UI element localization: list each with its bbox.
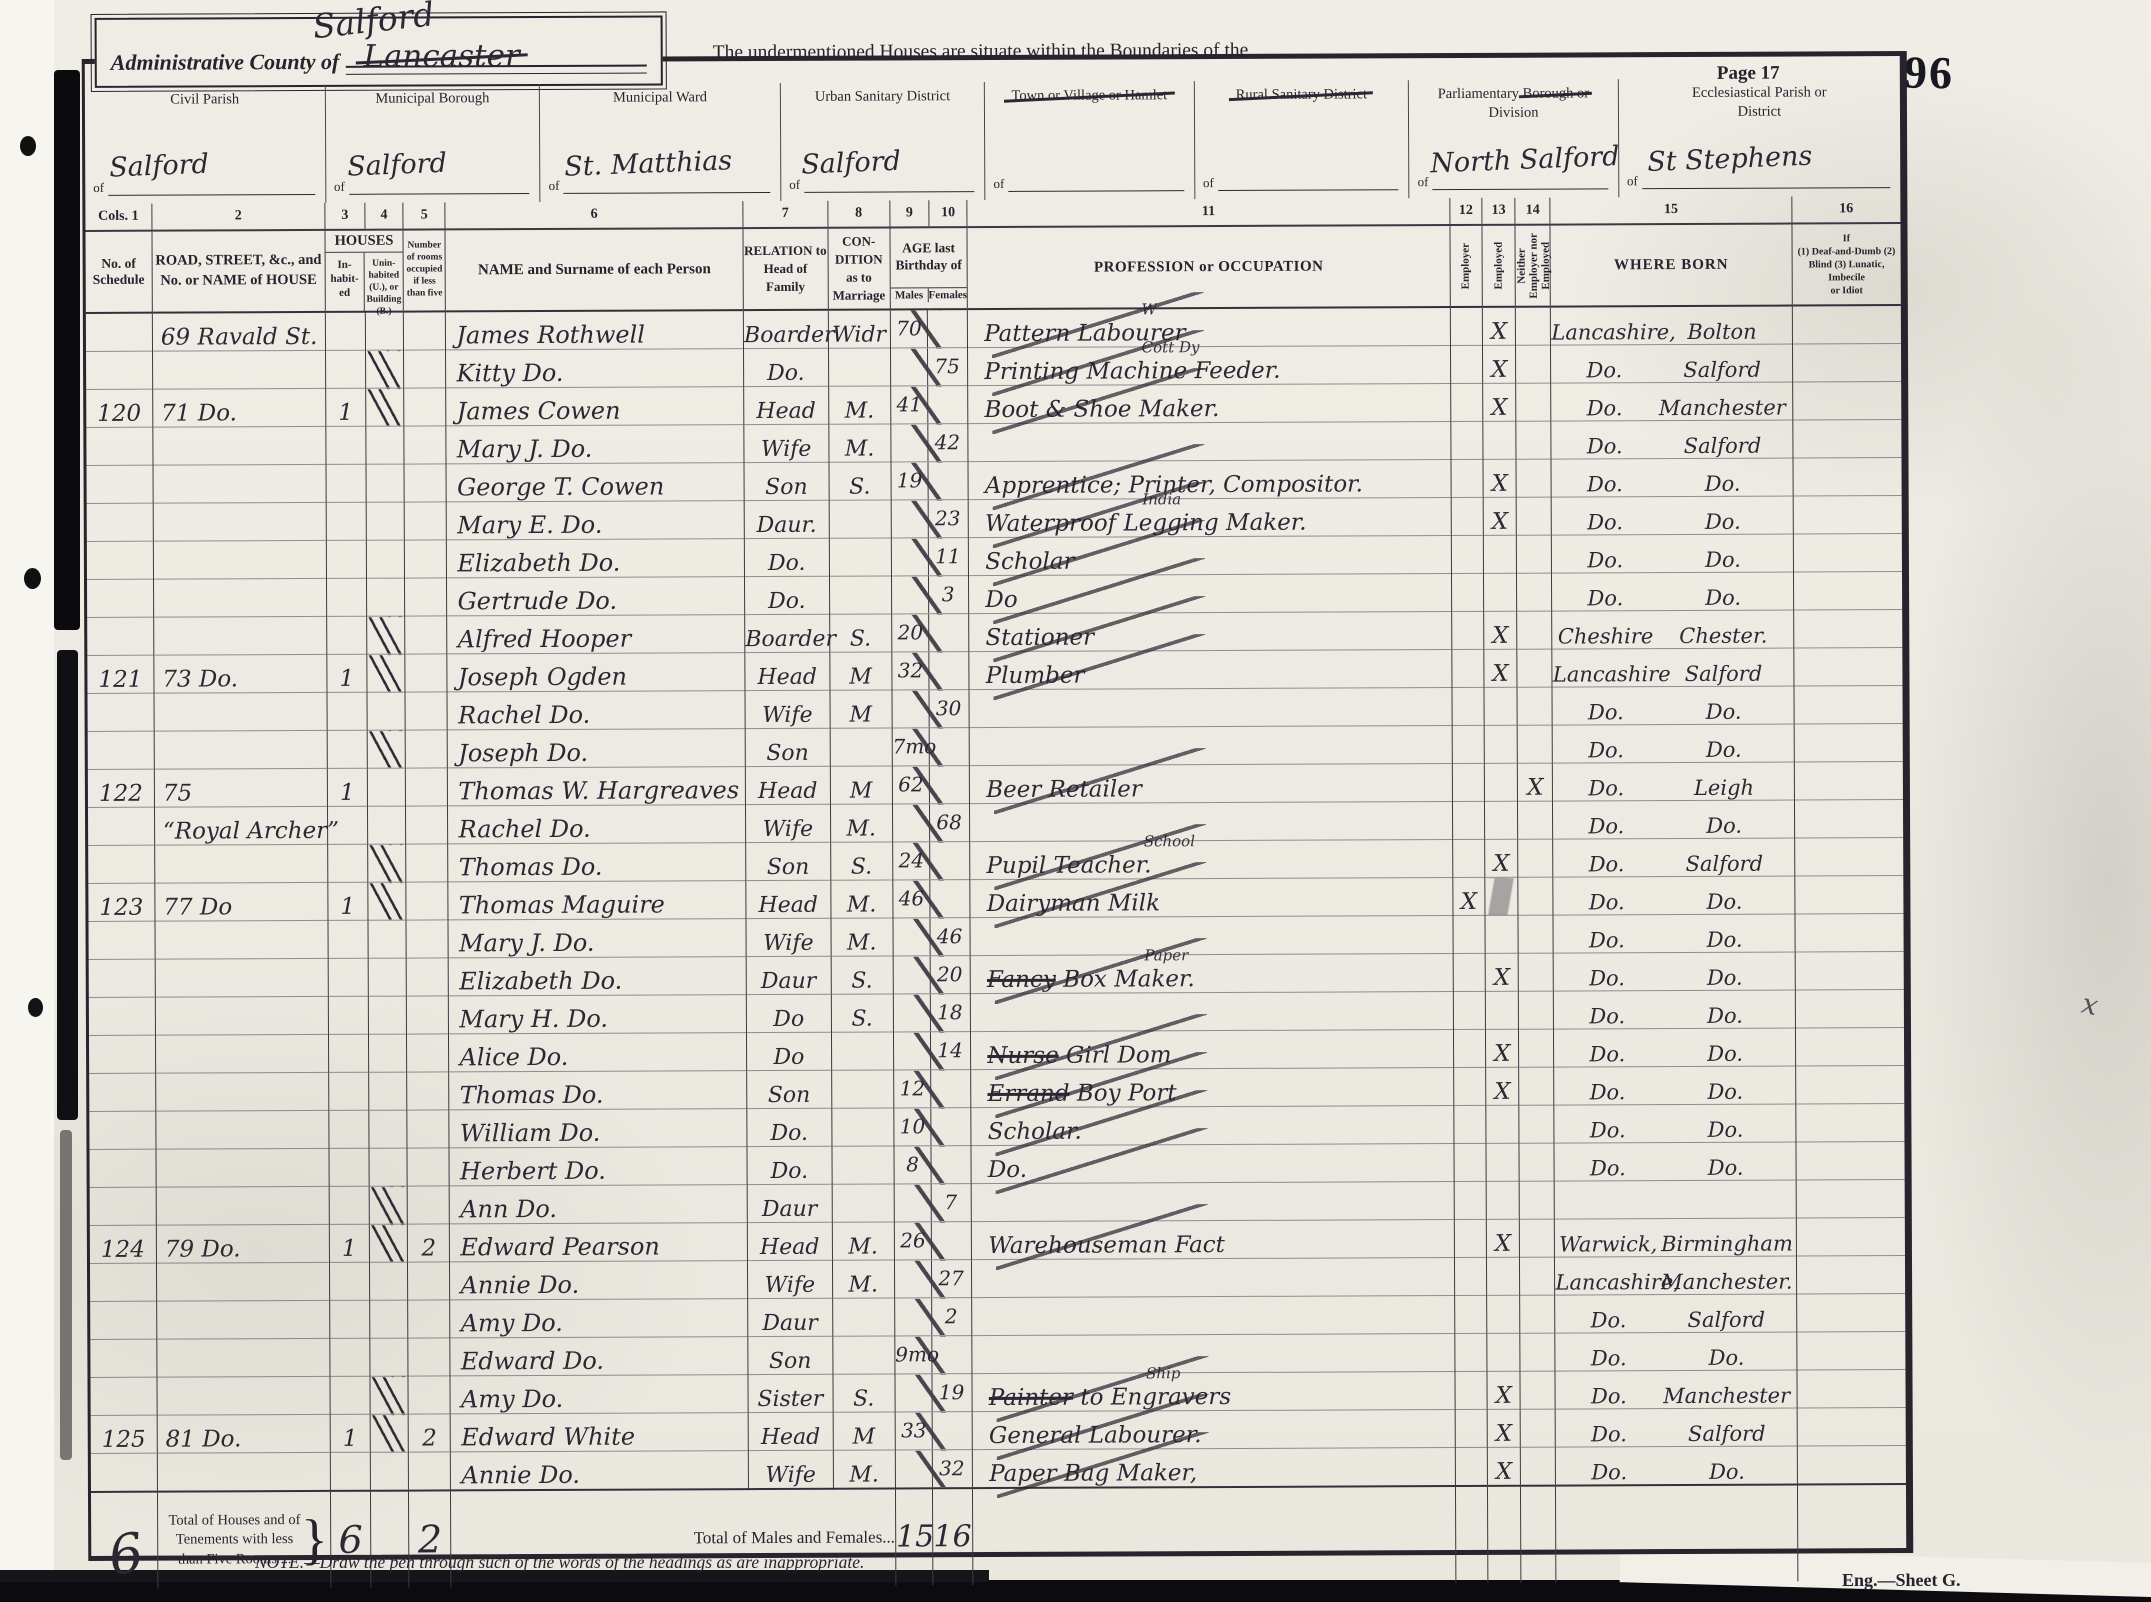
employer-cell (1453, 915, 1485, 953)
uninhabited-cell (365, 312, 403, 351)
occupation-cell: Plumber (969, 650, 1452, 690)
infirmity-cell (1794, 800, 1903, 838)
born-cell: Warwick,Birmingham (1555, 1218, 1796, 1257)
employed-cell (1487, 1333, 1520, 1371)
employed-cell: X (1483, 459, 1516, 497)
infirmity-cell (1793, 458, 1902, 496)
header-road: ROAD, STREET, &c., and No. or NAME of HO… (152, 230, 325, 313)
born-cell: Do.Salford (1551, 420, 1792, 459)
district-label: Civil Parish (93, 90, 317, 110)
condition-cell: S. (830, 842, 892, 880)
age-cell: 32 (895, 1450, 973, 1489)
infirmity-cell (1794, 838, 1903, 876)
condition-cell: S. (829, 462, 891, 500)
district-label: Ecclesiastical Parish or District (1627, 83, 1892, 122)
inhabited-cell (327, 844, 367, 882)
age-cell: 24 (892, 842, 970, 880)
district-label: Urban Sanitary District (789, 87, 976, 107)
district-value: Salford (347, 148, 448, 183)
condition-cell (832, 1336, 894, 1374)
condition-cell (831, 1032, 893, 1070)
ruled-line (1008, 186, 1184, 192)
inhabited-cell (327, 692, 367, 730)
schedule-cell: 124 (90, 1225, 157, 1263)
scan-speck (28, 998, 43, 1017)
col-number: 8 (827, 200, 889, 227)
district-label: Municipal Borough (334, 89, 532, 109)
employer-cell (1455, 1295, 1487, 1333)
uninhabited-cell (369, 1072, 407, 1110)
infirmity-cell (1796, 1104, 1905, 1142)
born-cell: LancashireSalford (1552, 648, 1793, 687)
age-cell: 75 (890, 348, 968, 386)
neither-cell (1520, 1371, 1555, 1409)
age-cell: 20 (893, 956, 971, 994)
rooms-cell (406, 806, 448, 844)
name-cell: Thomas Do. (448, 843, 746, 882)
born-cell: Do.Do. (1554, 1028, 1795, 1067)
schedule-cell (87, 541, 154, 579)
district-field: Ecclesiastical Parish or District St Ste… (1618, 78, 1901, 197)
neither-cell (1517, 611, 1552, 649)
name-cell: Joseph Ogden (447, 653, 745, 692)
employed-cell: X (1486, 1067, 1519, 1105)
districts: Civil Parish Salford of Municipal Boroug… (85, 78, 1900, 204)
occupation-cell (972, 1296, 1455, 1336)
district-field: Municipal Borough Salford of (325, 84, 540, 203)
header-condition: CON-DITION as to Marriage (827, 227, 890, 309)
condition-cell: M (833, 1412, 895, 1450)
col-number: 13 (1482, 198, 1515, 225)
occupation-cell (968, 422, 1451, 462)
infirmity-cell (1797, 1370, 1906, 1408)
relation-cell: Son (744, 462, 829, 500)
infirmity-cell (1797, 1446, 1906, 1485)
relation-cell: Wife (748, 1450, 833, 1489)
relation-cell: Wife (746, 918, 831, 956)
infirmity-cell (1793, 420, 1902, 458)
relation-cell: Boarder (743, 310, 828, 349)
relation-cell: Head (748, 1412, 833, 1450)
employer-cell (1454, 1143, 1486, 1181)
district-label: Parliamentary Borough orDivision (1417, 84, 1610, 123)
col-number: 14 (1515, 198, 1550, 225)
header-houses-title: HOUSES (325, 231, 403, 253)
born-cell: Do.Do. (1552, 572, 1793, 611)
condition-cell (832, 1184, 894, 1222)
born-cell: Do.Salford (1556, 1408, 1797, 1447)
employer-cell (1452, 725, 1484, 763)
age-cell: 20 (892, 614, 970, 652)
schedule-cell (88, 921, 155, 959)
name-cell: Thomas W. Hargreaves (448, 767, 746, 806)
employed-cell: X (1487, 1371, 1520, 1409)
employed-cell (1484, 763, 1517, 801)
totals-row: 6 Total of Houses and of Tenements with … (91, 1484, 1906, 1589)
condition-cell (831, 1108, 893, 1146)
totals-age-counts: 1516 (895, 1488, 973, 1585)
condition-cell (831, 1146, 893, 1184)
name-cell: Elizabeth Do. (449, 957, 747, 996)
uninhabited-cell (367, 730, 405, 768)
neither-cell (1520, 1257, 1555, 1295)
relation-cell: Head (746, 880, 831, 918)
occupation-cell: Scholar (969, 536, 1452, 576)
employed-cell: X (1485, 839, 1518, 877)
infirmity-cell (1796, 1294, 1905, 1332)
schedule-cell (87, 617, 154, 655)
district-of-line: of (1418, 173, 1609, 190)
relation-cell: Son (748, 1336, 833, 1374)
occupation-cell: PaperFancy Box Maker. (970, 954, 1453, 994)
relation-cell: Do. (745, 576, 830, 614)
relation-cell: Do (746, 994, 831, 1032)
employer-cell (1455, 1371, 1487, 1409)
neither-cell (1516, 345, 1551, 383)
schedule-cell (88, 807, 155, 845)
neither-cell (1516, 421, 1551, 459)
condition-cell: S. (832, 1374, 894, 1412)
relation-cell: Son (745, 728, 830, 766)
uninhabited-cell (369, 1224, 407, 1262)
infirmity-cell (1792, 305, 1901, 344)
rooms-cell (408, 1338, 450, 1376)
employed-cell: X (1483, 345, 1516, 383)
infirmity-cell (1793, 496, 1902, 534)
age-cell: 27 (894, 1260, 972, 1298)
condition-cell: M. (828, 424, 890, 462)
employed-cell (1484, 725, 1517, 763)
neither-cell (1519, 1181, 1554, 1219)
situate-line: The undermentioned Houses are situate wi… (713, 40, 1249, 64)
born-cell: CheshireChester. (1552, 610, 1793, 649)
uninhabited-cell (370, 1300, 408, 1338)
inhabited-cell: 1 (327, 768, 367, 806)
address-cell (155, 920, 328, 959)
inhabited-cell (326, 502, 366, 540)
inhabited-cell (327, 730, 367, 768)
schedule-cell (90, 1339, 157, 1377)
name-cell: Ann Do. (450, 1185, 748, 1224)
employer-cell (1454, 1181, 1486, 1219)
employer-cell (1454, 1067, 1486, 1105)
address-cell (152, 350, 325, 389)
employer-cell (1451, 459, 1483, 497)
age-cell: 46 (893, 918, 971, 956)
column-header-row: No. of Schedule ROAD, STREET, &c., and N… (85, 223, 1900, 313)
district-of-line: of (993, 175, 1184, 192)
occupation-cell: Apprentice; Printer, Compositor. (968, 460, 1451, 500)
condition-cell: M. (832, 1222, 894, 1260)
inhabited-cell: 1 (327, 654, 367, 692)
employed-cell: X (1484, 611, 1517, 649)
neither-cell (1518, 839, 1553, 877)
name-cell: Elizabeth Do. (447, 539, 745, 578)
relation-cell: Do (747, 1032, 832, 1070)
name-cell: Mary E. Do. (447, 501, 745, 540)
address-cell: 71 Do. (153, 388, 326, 427)
age-cell: 30 (892, 690, 970, 728)
condition-cell: M. (832, 1260, 894, 1298)
employed-cell (1484, 573, 1517, 611)
col-number: 15 (1550, 197, 1791, 225)
uninhabited-cell (367, 616, 405, 654)
occupation-cell (969, 726, 1452, 766)
header-name: NAME and Surname of each Person (445, 228, 743, 311)
uninhabited-cell (368, 996, 406, 1034)
totals-houses-label: Total of Houses and of Tenements with le… (157, 1491, 330, 1589)
inhabited-cell (326, 578, 366, 616)
address-cell (155, 1034, 328, 1073)
employed-cell (1485, 991, 1518, 1029)
rooms-cell (404, 502, 446, 540)
employed-cell (1486, 1105, 1519, 1143)
district-of-line: of (93, 179, 315, 196)
infirmity-cell (1792, 344, 1901, 382)
age-cell: 3 (891, 576, 969, 614)
district-field: Civil Parish Salford of (85, 85, 325, 204)
infirmity-cell (1796, 1142, 1905, 1180)
header-uninhabited: Unin-habited (U.), or Building (B.) (365, 253, 403, 311)
rooms-cell (406, 844, 448, 882)
district-label: Rural Sanitary District (1203, 85, 1401, 105)
born-cell: Do.Do. (1553, 724, 1794, 763)
address-cell (155, 844, 328, 883)
ruled-line (349, 189, 530, 195)
born-cell: Do.Salford (1555, 1294, 1796, 1333)
ruled-line (1642, 183, 1890, 189)
relation-cell: Head (745, 652, 830, 690)
ruled-line (108, 190, 315, 196)
employer-cell (1454, 1257, 1486, 1295)
infirmity-cell (1793, 610, 1902, 648)
col-number: Cols. 1 (85, 204, 151, 231)
employed-cell: X (1485, 953, 1518, 991)
col-number: 5 (403, 202, 445, 229)
born-cell: Do.Do. (1555, 1332, 1796, 1371)
rooms-cell (404, 464, 446, 502)
infirmity-cell (1794, 648, 1903, 686)
relation-cell: Do. (744, 348, 829, 386)
age-cell: 26 (894, 1222, 972, 1260)
occupation-cell: ShipPainter to Engravers (972, 1372, 1455, 1412)
employer-cell (1453, 839, 1485, 877)
condition-cell: Widr (828, 309, 890, 348)
employer-cell (1452, 763, 1484, 801)
uninhabited-cell (366, 350, 404, 388)
inhabited-cell: 1 (325, 388, 365, 426)
stray-pen-mark: x (2079, 987, 2101, 1023)
occupation-cell (969, 688, 1452, 728)
occupation-cell: Errand Boy Port (971, 1068, 1454, 1108)
occupation-cell (970, 916, 1453, 956)
name-cell: James Cowen (446, 387, 744, 426)
rooms-cell (405, 730, 447, 768)
inhabited-cell (328, 996, 368, 1034)
born-cell: Do.Salford (1553, 838, 1794, 877)
header-employed: Employed (1482, 225, 1516, 307)
employed-cell (1486, 1143, 1519, 1181)
relation-cell: Son (747, 1070, 832, 1108)
born-cell: Do.Do. (1552, 496, 1793, 535)
totals-uninhabited (370, 1491, 409, 1588)
infirmity-cell (1796, 1218, 1905, 1256)
totals-inhabited: 6 (330, 1491, 371, 1588)
uninhabited-cell (370, 1262, 408, 1300)
rooms-cell (405, 540, 447, 578)
age-cell: 41 (891, 386, 969, 424)
col-number: 12 (1450, 198, 1482, 225)
district-field: Municipal Ward St. Matthias of (539, 83, 780, 202)
born-cell: Lancashire,Manchester. (1555, 1256, 1796, 1295)
relation-cell: Sister (748, 1374, 833, 1412)
employer-cell: X (1453, 877, 1485, 915)
occupation-cell (972, 1258, 1455, 1298)
condition-cell (828, 348, 890, 386)
rooms-cell (406, 882, 448, 920)
district-of-line: of (549, 177, 771, 194)
name-cell: Mary H. Do. (449, 995, 747, 1034)
address-cell (156, 1262, 329, 1301)
age-cell: 14 (893, 1032, 971, 1070)
rooms-cell (406, 958, 448, 996)
address-cell (153, 502, 326, 541)
folio-stamp-number: 96 (1904, 46, 1955, 100)
schedule-cell (90, 1187, 157, 1225)
schedule-cell (88, 693, 155, 731)
employed-cell (1487, 1295, 1520, 1333)
neither-cell (1516, 307, 1551, 346)
neither-cell (1519, 1029, 1554, 1067)
address-cell (153, 540, 326, 579)
infirmity-cell (1795, 914, 1904, 952)
name-cell: Edward Do. (450, 1337, 748, 1376)
rooms-cell (408, 1262, 450, 1300)
rooms-cell (407, 1110, 449, 1148)
employer-cell (1455, 1409, 1487, 1447)
neither-cell (1517, 649, 1552, 687)
born-cell: Do.Do. (1553, 914, 1794, 953)
inhabited-cell (330, 1376, 370, 1414)
address-cell (154, 730, 327, 769)
district-label: Town or Village or Hamlet (993, 86, 1186, 106)
occupation-cell (971, 1182, 1454, 1222)
occupation-cell: General Labourer. (972, 1410, 1455, 1450)
neither-cell (1520, 1333, 1555, 1371)
age-cell: 2 (894, 1298, 972, 1336)
footer-sheet-label: Eng.—Sheet G. (1842, 1570, 1961, 1591)
infirmity-cell (1796, 1256, 1905, 1294)
schedule-cell (86, 351, 153, 389)
age-cell: 33 (895, 1412, 973, 1450)
condition-cell (830, 728, 892, 766)
district-field: Parliamentary Borough orDivision North S… (1408, 79, 1618, 198)
condition-cell: S. (831, 994, 893, 1032)
address-cell (157, 1338, 330, 1377)
inhabited-cell (326, 464, 366, 502)
address-cell (153, 578, 326, 617)
census-body: 69 Ravald St. James Rothwell Boarder Wid… (86, 305, 1906, 1492)
neither-cell (1518, 915, 1553, 953)
infirmity-cell (1797, 1332, 1906, 1370)
schedule-cell (89, 1149, 156, 1187)
district-field: Town or Village or Hamlet of (984, 81, 1194, 200)
district-field: Rural Sanitary District of (1193, 80, 1408, 199)
col-number: 3 (325, 203, 365, 230)
inhabited-cell (329, 1186, 369, 1224)
occupation-cell (972, 1334, 1455, 1374)
employer-cell (1453, 953, 1485, 991)
name-cell: Rachel Do. (448, 805, 746, 844)
rooms-cell (405, 654, 447, 692)
footer-note: NOTE.—Draw the pen through such of the w… (255, 1552, 864, 1573)
infirmity-cell (1793, 534, 1902, 572)
schedule-cell (89, 997, 156, 1035)
relation-cell: Daur (746, 956, 831, 994)
name-cell: Amy Do. (450, 1375, 748, 1414)
address-cell (155, 958, 328, 997)
relation-cell: Wife (748, 1260, 833, 1298)
total-males: 15 (896, 1489, 934, 1585)
inhabited-cell (327, 806, 367, 844)
infirmity-cell (1795, 1066, 1904, 1104)
age-cell: 18 (893, 994, 971, 1032)
infirmity-cell (1795, 990, 1904, 1028)
address-cell (157, 1300, 330, 1339)
address-cell (156, 1148, 329, 1187)
address-cell: 79 Do. (156, 1224, 329, 1263)
name-cell: Mary J. Do. (448, 919, 746, 958)
employed-cell (1484, 687, 1517, 725)
col-number: 10 (929, 200, 967, 227)
rooms-cell: 2 (408, 1414, 450, 1452)
header-age-title: AGE last Birthday of (890, 235, 967, 287)
neither-cell (1520, 1219, 1555, 1257)
neither-cell (1517, 573, 1552, 611)
infirmity-cell (1794, 724, 1903, 762)
age-cell: 19 (895, 1374, 973, 1412)
schedule-cell: 123 (88, 883, 155, 921)
born-cell: Do.Manchester (1551, 382, 1792, 421)
employer-cell (1452, 801, 1484, 839)
condition-cell: M (830, 690, 892, 728)
employed-cell (1486, 1181, 1519, 1219)
rooms-cell (408, 1376, 450, 1414)
employed-cell: X (1487, 1447, 1520, 1486)
condition-cell: M. (830, 804, 892, 842)
relation-cell: Head (745, 766, 830, 804)
condition-cell: S. (829, 614, 891, 652)
address-cell: 75 (154, 768, 327, 807)
infirmity-cell (1795, 1028, 1904, 1066)
occupation-cell: Nurse Girl Dom (971, 1030, 1454, 1070)
header-neither: Neither Employer nor Employed (1515, 225, 1551, 307)
name-cell: Joseph Do. (448, 729, 746, 768)
col-number: 6 (445, 201, 743, 229)
employer-cell (1452, 687, 1484, 725)
infirmity-cell (1795, 876, 1904, 914)
schedule-cell (87, 503, 154, 541)
infirmity-cell (1794, 686, 1903, 724)
age-cell: 70 (890, 309, 968, 348)
relation-cell: Wife (744, 424, 829, 462)
address-cell: 81 Do. (157, 1414, 330, 1453)
uninhabited-cell (366, 426, 404, 464)
ruled-line (563, 188, 770, 194)
district-of-line: of (334, 178, 530, 195)
uninhabited-cell (366, 540, 404, 578)
uninhabited-cell (367, 692, 405, 730)
